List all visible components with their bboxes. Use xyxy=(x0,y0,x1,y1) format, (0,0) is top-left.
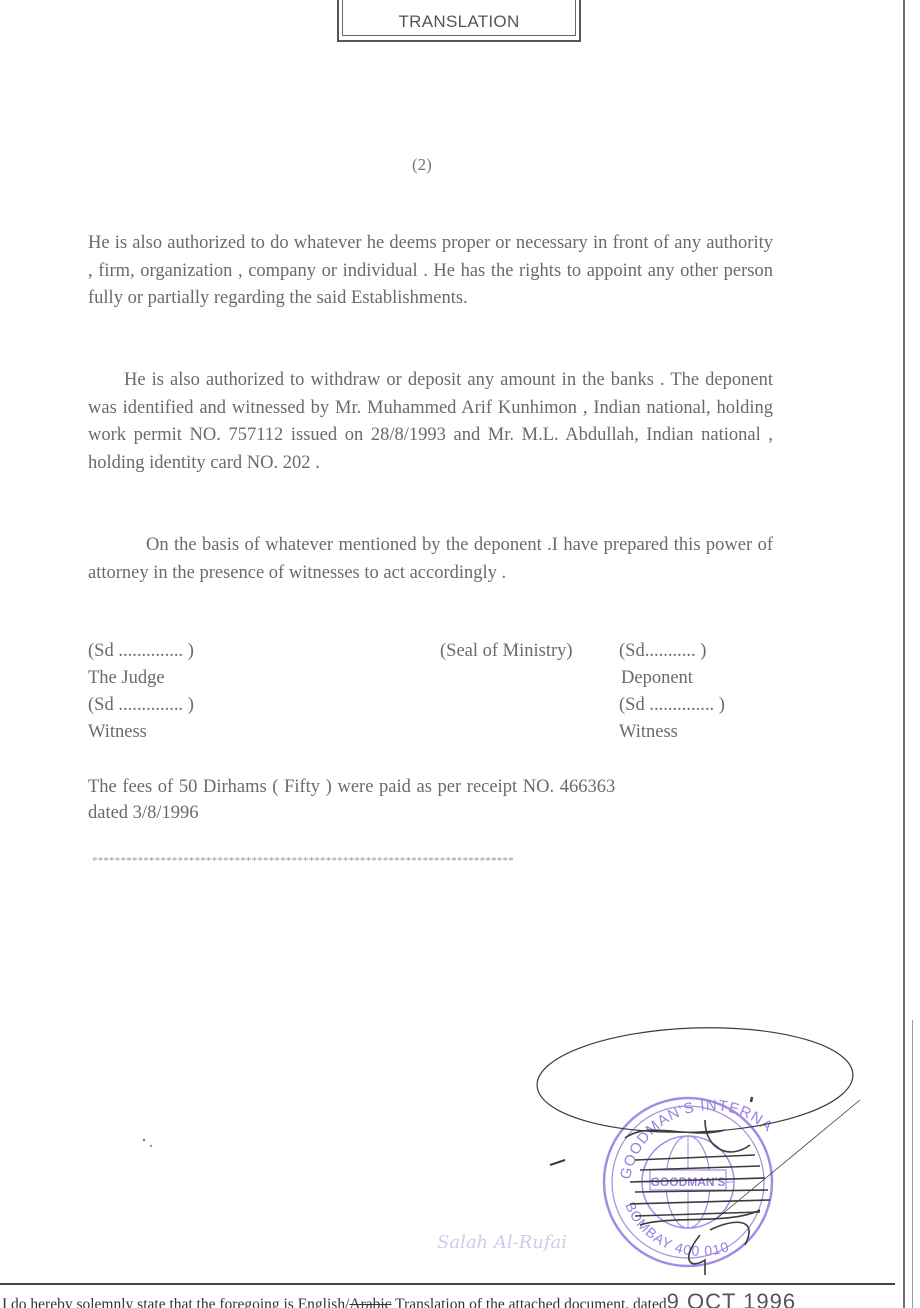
translation-declaration: I do hereby solemnly state that the fore… xyxy=(2,1289,796,1308)
fees-date: dated 3/8/1996 xyxy=(88,800,773,826)
ink-dots xyxy=(141,1137,161,1151)
struck-language: Arabic xyxy=(349,1296,391,1308)
witness-label: Witness xyxy=(88,719,194,746)
page-border-line xyxy=(903,0,905,1308)
paragraph-attorney-prepared: On the basis of whatever mentioned by th… xyxy=(88,532,773,587)
fees-line: The fees of 50 Dirhams ( Fifty ) were pa… xyxy=(88,774,773,800)
separator-stars: ****************************************… xyxy=(92,855,514,867)
fees-statement: The fees of 50 Dirhams ( Fifty ) were pa… xyxy=(88,774,773,826)
paragraph-authority: He is also authorized to do whatever he … xyxy=(88,230,773,313)
translation-stamp-label: TRANSLATION xyxy=(342,0,576,36)
declaration-text-end: Translation of the attached document. da… xyxy=(392,1296,667,1308)
deponent-label: Deponent xyxy=(619,665,725,692)
page-number: (2) xyxy=(412,155,432,175)
paragraph-banks-witnesses: He is also authorized to withdraw or dep… xyxy=(88,367,773,477)
witness-signature: (Sd .............. ) xyxy=(619,692,725,719)
judge-label: The Judge xyxy=(88,665,194,692)
translation-stamp: TRANSLATION xyxy=(337,0,581,42)
page-border-line xyxy=(912,1020,913,1308)
declaration-text: I do hereby solemnly state that the fore… xyxy=(2,1296,349,1308)
witness-label: Witness xyxy=(619,719,725,746)
deponent-signature: (Sd........... ) xyxy=(619,638,725,665)
signature-block-right: (Sd........... ) Deponent (Sd ..........… xyxy=(619,638,725,746)
signature-scribble xyxy=(535,1023,860,1275)
signature-block-left: (Sd .............. ) The Judge (Sd .....… xyxy=(88,638,194,746)
footer-divider xyxy=(0,1283,895,1285)
judge-signature: (Sd .............. ) xyxy=(88,638,194,665)
seal-of-ministry: (Seal of Ministry) xyxy=(440,638,573,665)
declaration-date-stamp: 9 OCT 1996 xyxy=(667,1289,796,1308)
witness-signature: (Sd .............. ) xyxy=(88,692,194,719)
notary-seal-and-signature: GOODMAN'S INTERNATIONAL BOMBAY 400 010 G… xyxy=(530,1020,870,1280)
svg-text:GOODMAN'S INTERNATIONAL: GOODMAN'S INTERNATIONAL xyxy=(530,1020,775,1181)
svg-text:GOODMAN'S: GOODMAN'S xyxy=(651,1175,726,1189)
translator-signature-name: Salah Al-Rufai xyxy=(437,1232,567,1253)
